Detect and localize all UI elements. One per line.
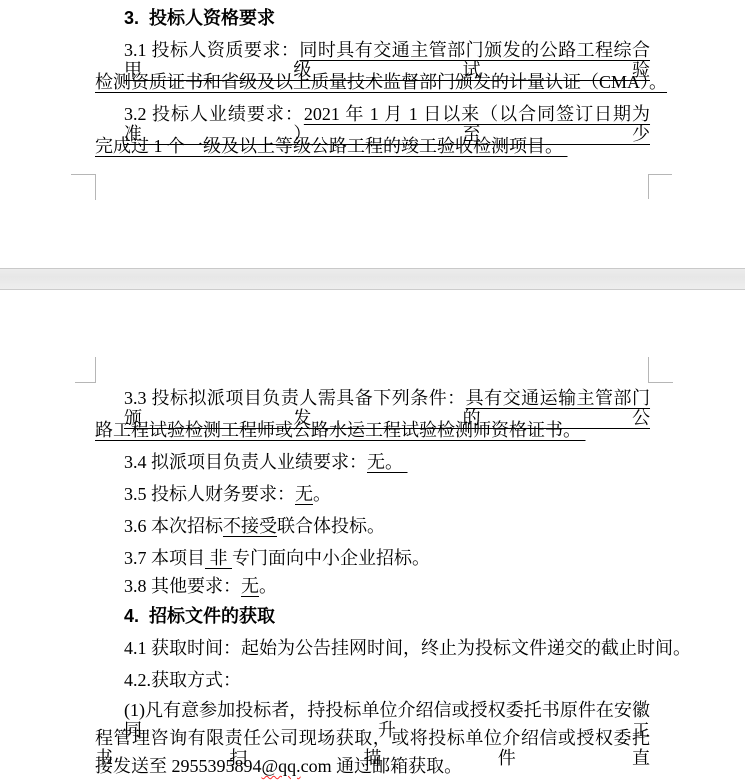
text-segment: 4.2.获取方式： [124,670,241,690]
text-segment: 。 [313,484,331,504]
text-line: 接发送至 2955395894@qq.com 通过邮箱获取。 [95,756,462,776]
document-view: 3. 投标人资格要求3.1 投标人资质要求：同时具有交通主管部门颁发的公路工程综… [0,0,745,782]
margin-corner-mark-top-left [75,357,96,383]
text-segment: 路工程试验检测工程师或公路水运工程试验检测师资格证书。 [95,420,586,440]
text-segment: 无 [241,576,259,596]
text-line: 4.1 获取时间：起始为公告挂网时间，终止为投标文件递交的截止时间。 [124,638,691,658]
text-line: 4.2.获取方式： [124,670,241,690]
text-segment: 3.6 本次招标 [124,516,223,536]
text-line: 3.7 本项目 非 专门面向中小企业招标。 [124,548,430,568]
text-line: 3.2 投标人业绩要求：2021 年 1 月 1 日以来（以合同签订日期为准）至… [124,104,650,124]
margin-corner-mark-bottom-right [648,174,672,199]
text-line: (1)凡有意参加投标者，持投标单位介绍信或授权委托书原件在安徽同升工 [124,700,650,720]
text-segment: 4.1 获取时间：起始为公告挂网时间，终止为投标文件递交的截止时间。 [124,638,691,658]
text-segment: 3.8 其他要求： [124,576,241,596]
text-line: 3.6 本次招标不接受联合体投标。 [124,516,385,536]
text-segment: 。 [259,576,277,596]
text-line: 3.8 其他要求：无。 [124,576,277,596]
text-segment: 检测资质证书和省级及以上质量技术监督部门颁发的计量认证（CMA）。 [95,72,667,92]
text-segment: 不接受 [223,516,277,536]
text-segment: 3.2 投标人业绩要求： [124,104,304,124]
text-segment: com 通过邮箱获取。 [301,756,463,776]
email-spellcheck-segment: @qq. [262,756,301,776]
text-segment: 3. 投标人资格要求 [124,8,275,28]
text-segment: 3.4 拟派项目负责人业绩要求： [124,452,367,472]
text-segment: 完成过 1 个一级及以上等级公路工程的竣工验收检测项目。 [95,136,568,156]
section-heading: 3. 投标人资格要求 [124,8,275,28]
text-line: 3.3 投标拟派项目负责人需具备下列条件：具有交通运输主管部门颁发的公 [124,388,650,408]
text-segment: 接发送至 2955395894 [95,756,262,776]
text-segment: 3.7 本项目 [124,548,205,568]
section-heading: 4. 招标文件的获取 [124,606,275,626]
text-segment: 无 [295,484,313,504]
text-segment: 3.3 投标拟派项目负责人需具备下列条件： [124,388,466,408]
text-line: 3.1 投标人资质要求：同时具有交通主管部门颁发的公路工程综合甲级试验 [124,40,650,60]
text-line: 路工程试验检测工程师或公路水运工程试验检测师资格证书。 [95,420,586,440]
text-line: 3.5 投标人财务要求：无。 [124,484,331,504]
margin-corner-mark-top-right [648,357,673,383]
margin-corner-mark-bottom-left [71,174,96,200]
text-segment: 3.1 投标人资质要求： [124,40,299,60]
text-line: 3.4 拟派项目负责人业绩要求：无。 [124,452,408,472]
text-segment: 专门面向中小企业招标。 [232,548,430,568]
text-segment: 4. 招标文件的获取 [124,606,275,626]
page-separator [0,268,745,290]
text-segment: 无。 [367,452,408,472]
text-segment: 联合体投标。 [277,516,385,536]
text-line: 程管理咨询有限责任公司现场获取，或将投标单位介绍信或授权委托书扫描件直 [95,728,650,748]
text-line: 检测资质证书和省级及以上质量技术监督部门颁发的计量认证（CMA）。 [95,72,667,92]
text-segment: 3.5 投标人财务要求： [124,484,295,504]
text-line: 完成过 1 个一级及以上等级公路工程的竣工验收检测项目。 [95,136,568,156]
text-segment: 非 [205,548,232,568]
